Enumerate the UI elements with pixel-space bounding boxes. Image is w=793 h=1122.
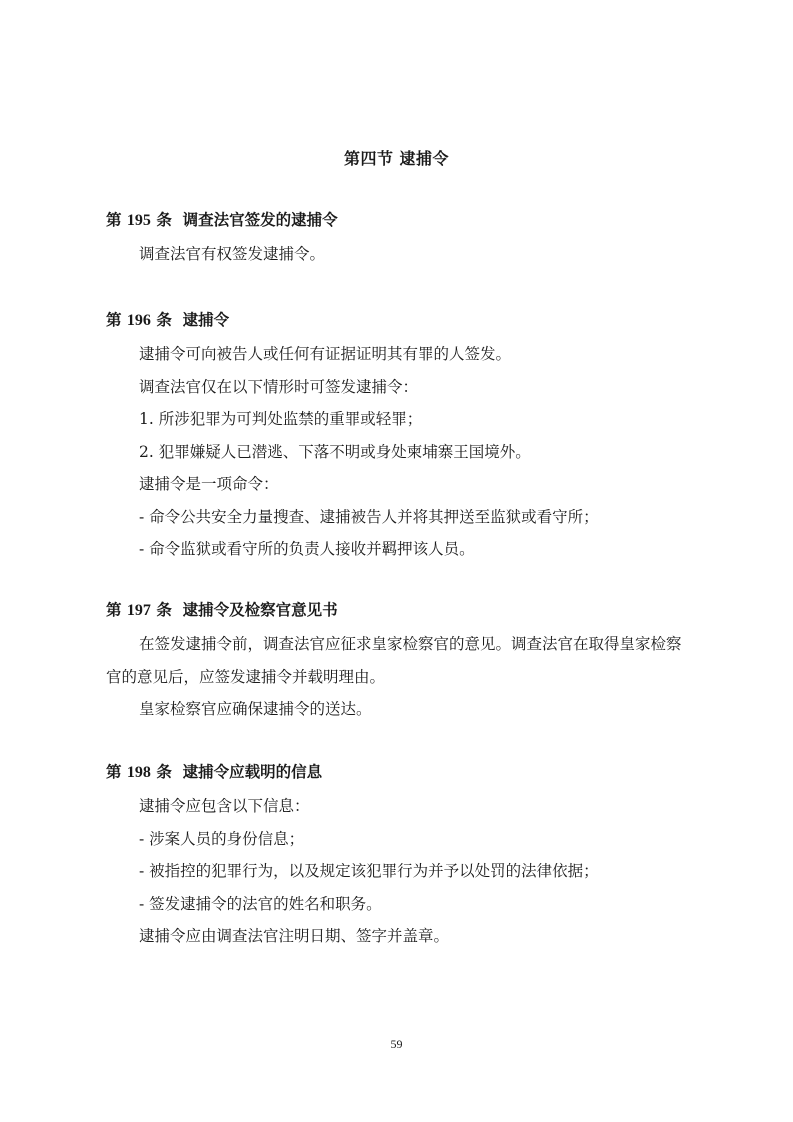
article-suffix: 条 bbox=[156, 763, 172, 781]
list-item: - 命令公共安全力量搜查、逮捕被告人并将其押送至监狱或看守所； bbox=[106, 501, 706, 534]
article-198: 第 198 条 逮捕令应载明的信息 逮捕令应包含以下信息： - 涉案人员的身份信… bbox=[106, 760, 706, 953]
article-title: 调查法官签发的逮捕令 bbox=[183, 211, 338, 229]
article-suffix: 条 bbox=[156, 311, 172, 329]
list-item: - 命令监狱或看守所的负责人接收并羁押该人员。 bbox=[106, 533, 706, 566]
list-item: 2. 犯罪嫌疑人已潜逃、下落不明或身处柬埔寨王国境外。 bbox=[106, 436, 706, 469]
page-number: 59 bbox=[0, 1037, 793, 1052]
paragraph: 逮捕令应由调查法官注明日期、签字并盖章。 bbox=[106, 920, 706, 953]
article-title: 逮捕令及检察官意见书 bbox=[183, 601, 338, 619]
article-prefix: 第 bbox=[106, 311, 122, 329]
article-heading: 第 197 条 逮捕令及检察官意见书 bbox=[106, 598, 706, 622]
article-heading: 第 198 条 逮捕令应载明的信息 bbox=[106, 760, 706, 784]
article-number: 195 bbox=[127, 212, 151, 229]
list-item: - 涉案人员的身份信息； bbox=[106, 823, 706, 856]
paragraph-continuation: 官的意见后，应签发逮捕令并载明理由。 bbox=[106, 661, 706, 694]
article-title: 逮捕令应载明的信息 bbox=[183, 763, 323, 781]
list-item: - 被指控的犯罪行为，以及规定该犯罪行为并予以处罚的法律依据； bbox=[106, 855, 706, 888]
article-title: 逮捕令 bbox=[183, 311, 230, 329]
article-195: 第 195 条 调查法官签发的逮捕令 调查法官有权签发逮捕令。 bbox=[106, 208, 706, 271]
article-number: 198 bbox=[127, 764, 151, 781]
article-196: 第 196 条 逮捕令 逮捕令可向被告人或任何有证据证明其有罪的人签发。 调查法… bbox=[106, 308, 706, 566]
list-item: 1. 所涉犯罪为可判处监禁的重罪或轻罪； bbox=[106, 403, 706, 436]
article-suffix: 条 bbox=[156, 211, 172, 229]
article-197: 第 197 条 逮捕令及检察官意见书 在签发逮捕令前，调查法官应征求皇家检察官的… bbox=[106, 598, 706, 726]
article-number: 197 bbox=[127, 602, 151, 619]
paragraph: 逮捕令是一项命令： bbox=[106, 468, 706, 501]
article-prefix: 第 bbox=[106, 211, 122, 229]
list-item: - 签发逮捕令的法官的姓名和职务。 bbox=[106, 888, 706, 921]
article-suffix: 条 bbox=[156, 601, 172, 619]
paragraph: 调查法官有权签发逮捕令。 bbox=[106, 238, 706, 271]
article-number: 196 bbox=[127, 312, 151, 329]
paragraph: 在签发逮捕令前，调查法官应征求皇家检察官的意见。调查法官在取得皇家检察 bbox=[106, 628, 706, 661]
paragraph: 皇家检察官应确保逮捕令的送达。 bbox=[106, 693, 706, 726]
paragraph: 调查法官仅在以下情形时可签发逮捕令： bbox=[106, 371, 706, 404]
article-prefix: 第 bbox=[106, 763, 122, 781]
document-page: 第四节 逮捕令 第 195 条 调查法官签发的逮捕令 调查法官有权签发逮捕令。 … bbox=[0, 0, 793, 1122]
section-title: 第四节 逮捕令 bbox=[0, 146, 793, 169]
paragraph: 逮捕令应包含以下信息： bbox=[106, 790, 706, 823]
paragraph: 逮捕令可向被告人或任何有证据证明其有罪的人签发。 bbox=[106, 338, 706, 371]
article-heading: 第 196 条 逮捕令 bbox=[106, 308, 706, 332]
article-prefix: 第 bbox=[106, 601, 122, 619]
article-heading: 第 195 条 调查法官签发的逮捕令 bbox=[106, 208, 706, 232]
